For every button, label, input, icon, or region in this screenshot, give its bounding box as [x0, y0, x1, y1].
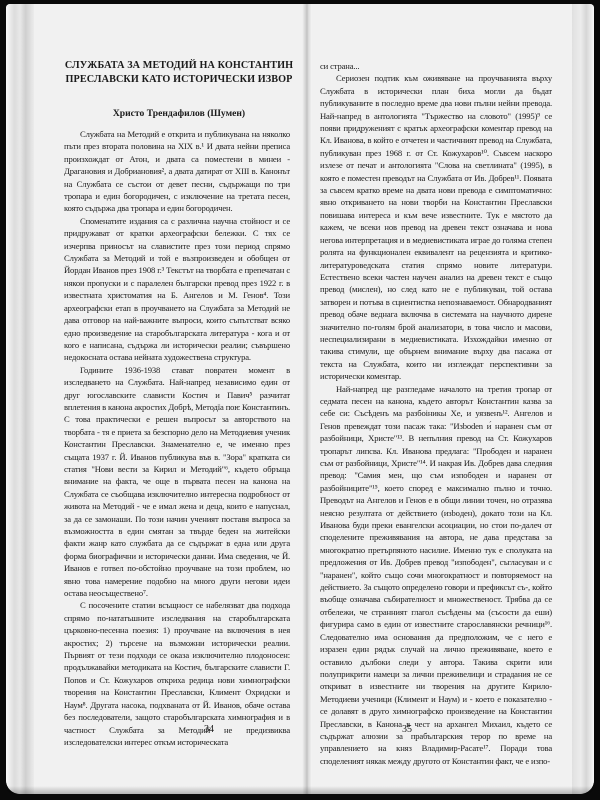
paragraph: Сериозен подтик към оживяване на проучва…: [320, 72, 552, 382]
book-bottom-shadow: [6, 786, 594, 794]
right-page: си страна... Сериозен подтик към оживява…: [312, 4, 570, 794]
paragraph: Най-напред ще разгледаме началото на тре…: [320, 383, 552, 768]
page-number: 35: [402, 724, 412, 735]
title-line-2: ПРЕСЛАВСКИ КАТО ИСТОРИЧЕСКИ ИЗВОР: [56, 73, 302, 87]
paragraph: Службата на Методий е открита и публикув…: [64, 128, 290, 215]
left-page: СЛУЖБАТА ЗА МЕТОДИЙ НА КОНСТАНТИН ПРЕСЛА…: [36, 4, 302, 794]
page-number: 34: [204, 724, 214, 735]
book-spine: [302, 4, 312, 794]
article-title: СЛУЖБАТА ЗА МЕТОДИЙ НА КОНСТАНТИН ПРЕСЛА…: [56, 59, 302, 87]
paragraph: Годините 1936-1938 стават повратен момен…: [64, 364, 290, 600]
title-line-1: СЛУЖБАТА ЗА МЕТОДИЙ НА КОНСТАНТИН: [56, 59, 302, 73]
open-book: СЛУЖБАТА ЗА МЕТОДИЙ НА КОНСТАНТИН ПРЕСЛА…: [6, 4, 594, 794]
paragraph: С посочените статии всъщност се набелязв…: [64, 599, 290, 748]
left-page-body: Службата на Методий е открита и публикув…: [64, 128, 290, 748]
page-stack-right-edge: [572, 4, 594, 794]
right-page-body: си страна... Сериозен подтик към оживява…: [320, 60, 552, 767]
paragraph: Споменатите издания са с различна научна…: [64, 215, 290, 364]
paragraph-continuation: си страна...: [320, 60, 552, 72]
page-stack-left-edge: [6, 4, 34, 794]
article-author: Христо Трендафилов (Шумен): [56, 108, 302, 119]
